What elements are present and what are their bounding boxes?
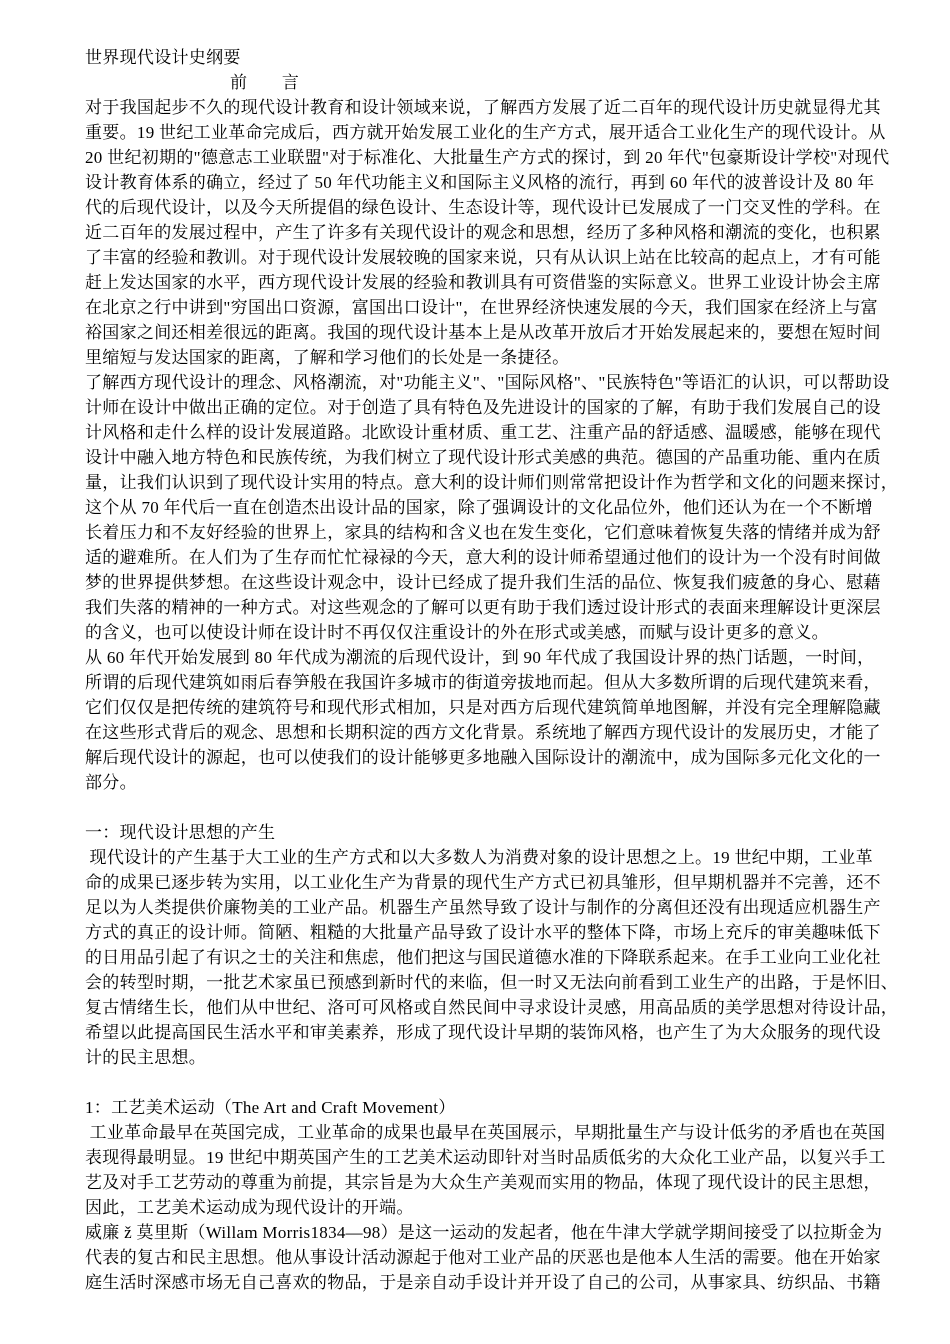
text-line: 现代设计的产生基于大工业的生产方式和以大多数人为消费对象的设计思想之上。19 世… (85, 845, 865, 870)
text-line: 因此，工艺美术运动成为现代设计的开端。 (85, 1195, 865, 1220)
text-line: 这个从 70 年代后一直在创造杰出设计品的国家，除了强调设计的文化品位外，他们还… (85, 495, 865, 520)
text-line: 方式的真正的设计师。简陋、粗糙的大批量产品导致了设计水平的整体下降，市场上充斥的… (85, 920, 865, 945)
text-line: 了解西方现代设计的理念、风格潮流，对"功能主义"、"国际风格"、"民族特色"等语… (85, 370, 865, 395)
text-line: 部分。 (85, 770, 865, 795)
document-title: 世界现代设计史纲要 (85, 45, 865, 70)
text-line: 计师在设计中做出正确的定位。对于创造了具有特色及先进设计的国家的了解，有助于我们… (85, 395, 865, 420)
text-line: 在这些形式背后的观念、思想和长期积淀的西方文化背景。系统地了解西方现代设计的发展… (85, 720, 865, 745)
text-line: 威廉 ž 莫里斯（Willam Morris1834—98）是这一运动的发起者，… (85, 1220, 865, 1245)
text-line: 工业革命最早在英国完成，工业革命的成果也最早在英国展示，早期批量生产与设计低劣的… (85, 1120, 865, 1145)
text-line: 代表的复古和民主思想。他从事设计活动源起于他对工业产品的厌恶也是他本人生活的需要… (85, 1245, 865, 1270)
text-line: 在北京之行中讲到"穷国出口资源，富国出口设计"，在世界经济快速发展的今天，我们国… (85, 295, 865, 320)
text-line: 我们失落的精神的一种方式。对这些观念的了解可以更有助于我们透过设计形式的表面来理… (85, 595, 865, 620)
text-line: 设计中融入地方特色和民族传统，为我们树立了现代设计形式美感的典范。德国的产品重功… (85, 445, 865, 470)
text-line: 了丰富的经验和教训。对于现代设计发展较晚的国家来说，只有从认识上站在比较高的起点… (85, 245, 865, 270)
text-line: 长着压力和不友好经验的世界上，家具的结构和含义也在发生变化，它们意味着恢复失落的… (85, 520, 865, 545)
document-page: 世界现代设计史纲要 前 言 对于我国起步不久的现代设计教育和设计领域来说，了解西… (0, 0, 950, 1344)
text-line: 艺及对手工艺劳动的尊重为前提，其宗旨是为大众生产美观而实用的物品，体现了现代设计… (85, 1170, 865, 1195)
text-line: 的日用品引起了有识之士的关注和焦虑，他们把这与国民道德水准的下降联系起来。在手工… (85, 945, 865, 970)
text-line: 计的民主思想。 (85, 1045, 865, 1070)
text-line: 解后现代设计的源起，也可以使我们的设计能够更多地融入国际设计的潮流中，成为国际多… (85, 745, 865, 770)
text-line: 的含义，也可以使设计师在设计时不再仅仅注重设计的外在形式或美感，而赋与设计更多的… (85, 620, 865, 645)
section-heading-arts-and-crafts-movement: 1：工艺美术运动（The Art and Craft Movement） (85, 1095, 865, 1120)
text-line: 希望以此提高国民生活水平和审美素养，形成了现代设计早期的装饰风格，也产生了为大众… (85, 1020, 865, 1045)
text-line: 赶上发达国家的水平，西方现代设计发展的经验和教训具有可资借鉴的实际意义。世界工业… (85, 270, 865, 295)
text-line: 表现得最明显。19 世纪中期英国产生的工艺美术运动即针对当时品质低劣的大众化工业… (85, 1145, 865, 1170)
text-line: 所谓的后现代建筑如雨后春笋般在我国许多城市的街道旁拔地而起。但从大多数所谓的后现… (85, 670, 865, 695)
text-line: 足以为人类提供价廉物美的工业产品。机器生产虽然导致了设计与制作的分离但还没有出现… (85, 895, 865, 920)
text-line: 庭生活时深感市场无自己喜欢的物品，于是亲自动手设计并开设了自己的公司，从事家具、… (85, 1270, 865, 1295)
text-line: 梦的世界提供梦想。在这些设计观念中，设计已经成了提升我们生活的品位、恢复我们疲惫… (85, 570, 865, 595)
text-line: 重要。19 世纪工业革命完成后，西方就开始发展工业化的生产方式，展开适合工业化生… (85, 120, 865, 145)
text-line: 近二百年的发展过程中，产生了许多有关现代设计的观念和思想，经历了多种风格和潮流的… (85, 220, 865, 245)
text-line: 命的成果已逐步转为实用，以工业化生产为背景的现代生产方式已初具雏形，但早期机器并… (85, 870, 865, 895)
text-line: 适的避难所。在人们为了生存而忙忙禄禄的今天，意大利的设计师希望通过他们的设计为一… (85, 545, 865, 570)
blank-line (85, 795, 865, 820)
text-line: 里缩短与发达国家的距离，了解和学习他们的长处是一条捷径。 (85, 345, 865, 370)
preface-heading: 前 言 (85, 70, 865, 95)
text-line: 会的转型时期，一批艺术家虽已预感到新时代的来临，但一时又无法向前看到工业生产的出… (85, 970, 865, 995)
text-line: 20 世纪初期的"德意志工业联盟"对于标准化、大批量生产方式的探讨，到 20 年… (85, 145, 865, 170)
text-line: 计风格和走什么样的设计发展道路。北欧设计重材质、重工艺、注重产品的舒适感、温暖感… (85, 420, 865, 445)
text-line: 裕国家之间还相差很远的距离。我国的现代设计基本上是从改革开放后才开始发展起来的，… (85, 320, 865, 345)
text-line: 代的后现代设计，以及今天所提倡的绿色设计、生态设计等，现代设计已发展成了一门交叉… (85, 195, 865, 220)
text-line: 设计教育体系的确立，经过了 50 年代功能主义和国际主义风格的流行，再到 60 … (85, 170, 865, 195)
text-line: 复古情绪生长，他们从中世纪、洛可可风格或自然民间中寻求设计灵感，用高品质的美学思… (85, 995, 865, 1020)
text-line: 量，让我们认识到了现代设计实用的特点。意大利的设计师们则常常把设计作为哲学和文化… (85, 470, 865, 495)
text-line: 它们仅仅是把传统的建筑符号和现代形式相加，只是对西方后现代建筑简单地图解，并没有… (85, 695, 865, 720)
section-heading-modern-design-thought: 一：现代设计思想的产生 (85, 820, 865, 845)
blank-line (85, 1070, 865, 1095)
text-line: 对于我国起步不久的现代设计教育和设计领域来说，了解西方发展了近二百年的现代设计历… (85, 95, 865, 120)
text-line: 从 60 年代开始发展到 80 年代成为潮流的后现代设计，到 90 年代成了我国… (85, 645, 865, 670)
